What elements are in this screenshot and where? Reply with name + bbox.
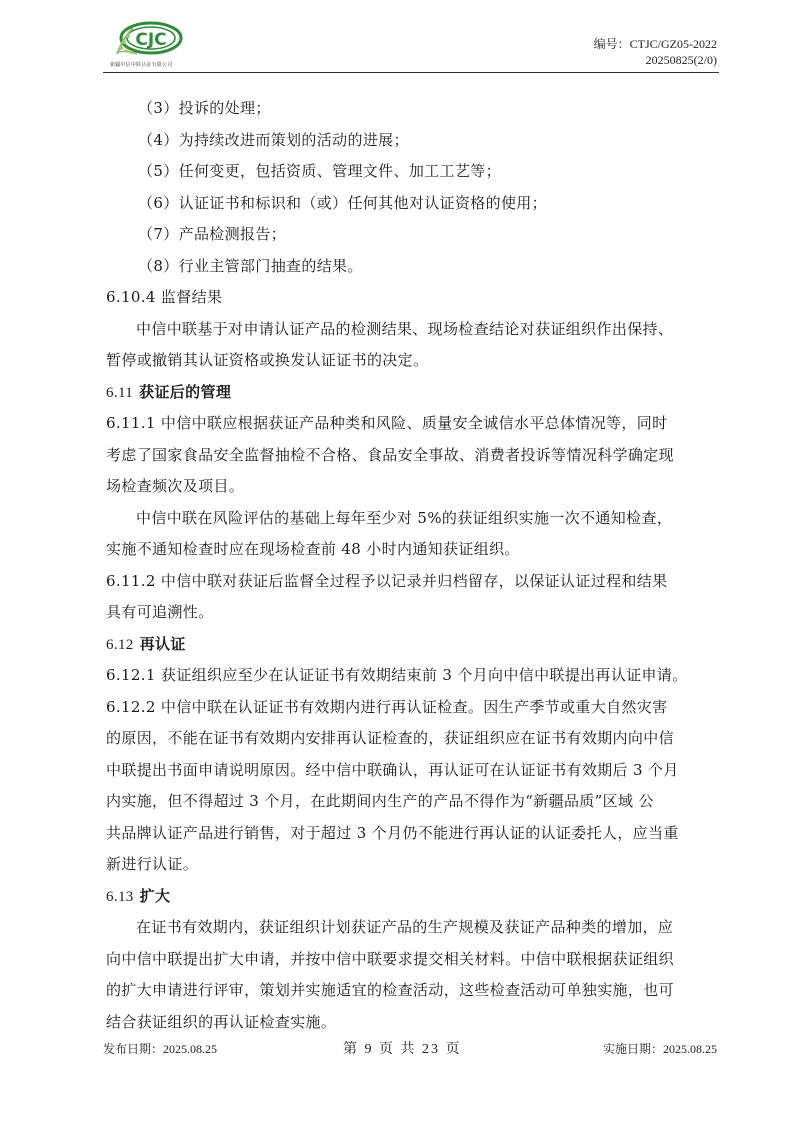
paragraph-line: 暂停或撤销其认证资格或换发认证证书的决定。 [106,345,718,377]
section-number: 6.11 [106,385,133,401]
list-item: （6）认证证书和标识和（或）任何其他对认证资格的使用； [106,188,718,220]
paragraph-line: 中联提出书面申请说明原因。经中信中联确认，再认证可在认证证书有效期后 3 个月 [106,755,718,787]
list-item: （5）任何变更，包括资质、管理文件、加工工艺等； [106,156,718,188]
doc-version: 20250825(2/0) [594,52,717,68]
list-item: （8）行业主管部门抽查的结果。 [106,251,718,283]
effective-date: 实施日期：2025.08.25 [603,1040,717,1057]
section-number: 6.12 [106,637,134,653]
section-heading-6-11: 6.11获证后的管理 [106,377,718,409]
section-heading-6-12: 6.12再认证 [106,629,718,661]
paragraph-line: 向中信中联提出扩大申请，并按中信中联要求提交相关材料。中信中联根据获证组织 [106,944,718,976]
section-title: 再认证 [140,635,186,653]
paragraph-line: 中信中联基于对申请认证产品的检测结果、现场检查结论对获证组织作出保持、 [106,314,718,346]
paragraph-line: 的原因，不能在证书有效期内安排再认证检查的，获证组织应在证书有效期内向中信 [106,723,718,755]
doc-number: 编号：CTJC/GZ05-2022 [594,36,717,52]
company-logo: CJC 新疆中信中联认证有限公司 [107,18,187,70]
paragraph-line: 考虑了国家食品安全监督抽检不合格、食品安全事故、消费者投诉等情况科学确定现 [106,440,718,472]
paragraph-line: 中信中联在风险评估的基础上每年至少对 5%的获证组织实施一次不通知检查， [106,503,718,535]
paragraph-line: 6.12.1 获证组织应至少在认证证书有效期结束前 3 个月向中信中联提出再认证… [106,660,718,692]
paragraph-line: 实施不通知检查时应在现场检查前 48 小时内通知获证组织。 [106,534,718,566]
paragraph-line: 新进行认证。 [106,849,718,881]
paragraph-line: 内实施，但不得超过 3 个月，在此期间内生产的产品不得作为“新疆品质”区域 公 [106,786,718,818]
paragraph-line: 共品牌认证产品进行销售，对于超过 3 个月仍不能进行再认证的认证委托人，应当重 [106,818,718,850]
paragraph-line: 结合获证组织的再认证检查实施。 [106,1007,718,1039]
section-heading-6-13: 6.13扩大 [106,881,718,913]
paragraph-line: 在证书有效期内，获证组织计划获证产品的生产规模及获证产品种类的增加，应 [106,912,718,944]
list-item: （7）产品检测报告； [106,219,718,251]
section-number: 6.13 [106,889,134,905]
logo-emblem-icon: CJC [107,18,187,60]
publish-date: 发布日期：2025.08.25 [103,1040,217,1057]
paragraph-line: 6.12.2 中信中联在认证证书有效期内进行再认证检查。因生产季节或重大自然灾害 [106,692,718,724]
clause-heading-6-10-4: 6.10.4 监督结果 [106,282,718,314]
paragraph-line: 场检查频次及项目。 [106,471,718,503]
list-item: （4）为持续改进而策划的活动的进展； [106,125,718,157]
section-title: 扩大 [140,887,171,905]
document-page: CJC 新疆中信中联认证有限公司 编号：CTJC/GZ05-2022 20250… [0,0,800,1130]
document-body: （3）投诉的处理； （4）为持续改进而策划的活动的进展； （5）任何变更，包括资… [106,93,718,1038]
svg-text:CJC: CJC [135,30,166,50]
document-meta: 编号：CTJC/GZ05-2022 20250825(2/0) [594,36,717,68]
company-name: 新疆中信中联认证有限公司 [110,61,172,68]
paragraph-line: 6.11.1 中信中联应根据获证产品种类和风险、质量安全诚信水平总体情况等，同时 [106,408,718,440]
paragraph-line: 的扩大申请进行评审，策划并实施适宜的检查活动，这些检查活动可单独实施，也可 [106,975,718,1007]
page-number: 第 9 页 共 23 页 [343,1038,462,1058]
section-title: 获证后的管理 [139,383,231,401]
list-item: （3）投诉的处理； [106,93,718,125]
paragraph-line: 具有可追溯性。 [106,597,718,629]
paragraph-line: 6.11.2 中信中联对获证后监督全过程予以记录并归档留存，以保证认证过程和结果 [106,566,718,598]
page-header: CJC 新疆中信中联认证有限公司 编号：CTJC/GZ05-2022 20250… [103,14,719,73]
page-footer: 发布日期：2025.08.25 第 9 页 共 23 页 实施日期：2025.0… [103,1038,719,1058]
